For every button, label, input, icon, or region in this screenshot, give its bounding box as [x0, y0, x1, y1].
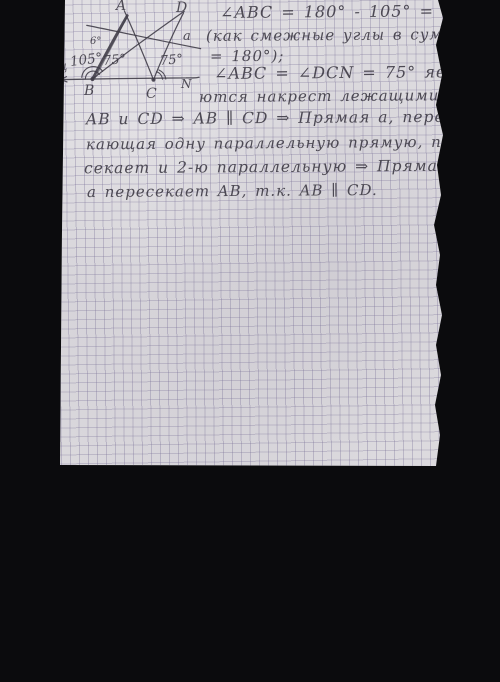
- angle-label-75-at-B: 75°: [102, 52, 126, 69]
- solution-line-2: (как смежные углы в сумме: [206, 25, 460, 45]
- segment-CA: [124, 11, 153, 80]
- solution-line-6: AB и CD ⇒ AB ∥ CD ⇒ Прямая a, пересе-: [86, 108, 460, 129]
- point-label-ts: ц: [59, 59, 67, 73]
- notebook-page: A D B C N ц a 105° 75° 75° 6° ∠ABC = 180…: [0, 0, 460, 470]
- solution-line-5: ются накрест лежащими при: [199, 86, 460, 106]
- segment-BD: [93, 11, 185, 79]
- line-a-label: a: [183, 29, 191, 44]
- solution-line-4: ∠ABC = ∠DCN = 75° явля-: [214, 62, 460, 83]
- solution-line-7: кающая одну параллельную прямую, пере-: [86, 133, 460, 154]
- angle-label-75-at-C: 75°: [159, 52, 183, 69]
- vertex-B-dot: [90, 77, 94, 81]
- segment-BA-retrace: [95, 18, 127, 79]
- point-label-D: D: [176, 0, 187, 16]
- solution-line-9: a пересекает AB, т.к. AB ∥ CD.: [87, 181, 378, 201]
- segment-BA: [93, 16, 128, 79]
- small-correction-mark: 6°: [90, 36, 101, 47]
- solution-line-3: = 180°);: [210, 47, 284, 66]
- point-label-C: C: [146, 86, 157, 102]
- solution-line-1: ∠ABC = 180° - 105° = 75°: [220, 1, 460, 22]
- point-label-A: A: [116, 0, 126, 14]
- point-label-N: N: [181, 77, 192, 91]
- vertex-C-dot: [151, 78, 155, 82]
- point-label-B: B: [84, 83, 94, 99]
- photo-background: A D B C N ц a 105° 75° 75° 6° ∠ABC = 180…: [0, 0, 500, 682]
- solution-line-8: секает и 2-ю параллельную ⇒ Прямая: [84, 157, 449, 178]
